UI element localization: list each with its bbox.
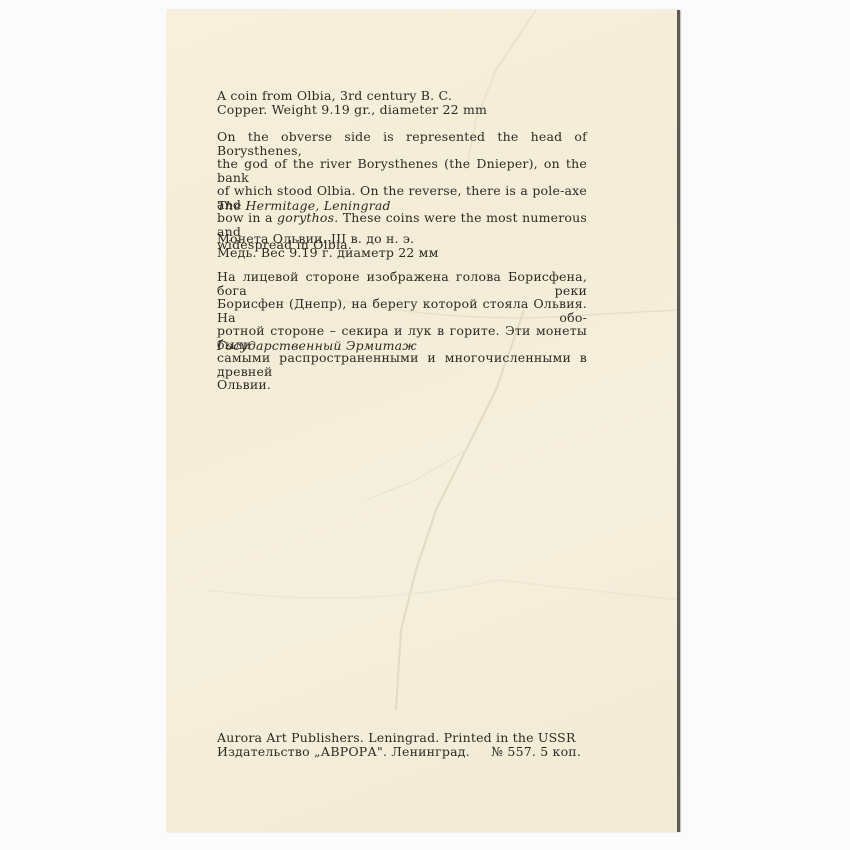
publisher-footer: Aurora Art Publishers. Leningrad. Printe… [217, 731, 581, 758]
russian-title-line-1: Монета Ольвии. III в. до н. э. [217, 232, 587, 246]
english-desc-line-2: the god of the river Borysthenes (the Dn… [217, 157, 587, 184]
english-title-line-2: Copper. Weight 9.19 gr., diameter 22 mm [217, 103, 587, 117]
russian-title-line-2: Медь. Вес 9.19 г. диаметр 22 мм [217, 246, 587, 260]
publisher-russian: Издательство „АВРОРА". Ленинград. [217, 745, 470, 759]
russian-description: На лицевой стороне изображена голова Бор… [217, 270, 587, 392]
english-desc-line-1: On the obverse side is represented the h… [217, 130, 587, 157]
russian-desc-line-5: Ольвии. [217, 378, 587, 392]
publisher-english: Aurora Art Publishers. Leningrad. Printe… [217, 731, 581, 745]
postcard-back: A coin from Olbia, 3rd century B. C. Cop… [166, 10, 680, 832]
english-museum-credit: The Hermitage, Leningrad [217, 199, 587, 213]
russian-desc-line-4: самыми распространенными и многочисленны… [217, 351, 587, 378]
russian-desc-line-1: На лицевой стороне изображена голова Бор… [217, 270, 587, 297]
catalog-number: № 557. 5 коп. [491, 745, 581, 759]
publisher-russian-row: Издательство „АВРОРА". Ленинград. № 557.… [217, 745, 581, 759]
english-coin-title: A coin from Olbia, 3rd century B. C. Cop… [217, 89, 587, 116]
russian-museum-credit: Государственный Эрмитаж [217, 339, 587, 353]
english-title-line-1: A coin from Olbia, 3rd century B. C. [217, 89, 587, 103]
russian-coin-title: Монета Ольвии. III в. до н. э. Медь. Вес… [217, 232, 587, 259]
russian-desc-line-2: Борисфен (Днепр), на берегу которой стоя… [217, 297, 587, 324]
